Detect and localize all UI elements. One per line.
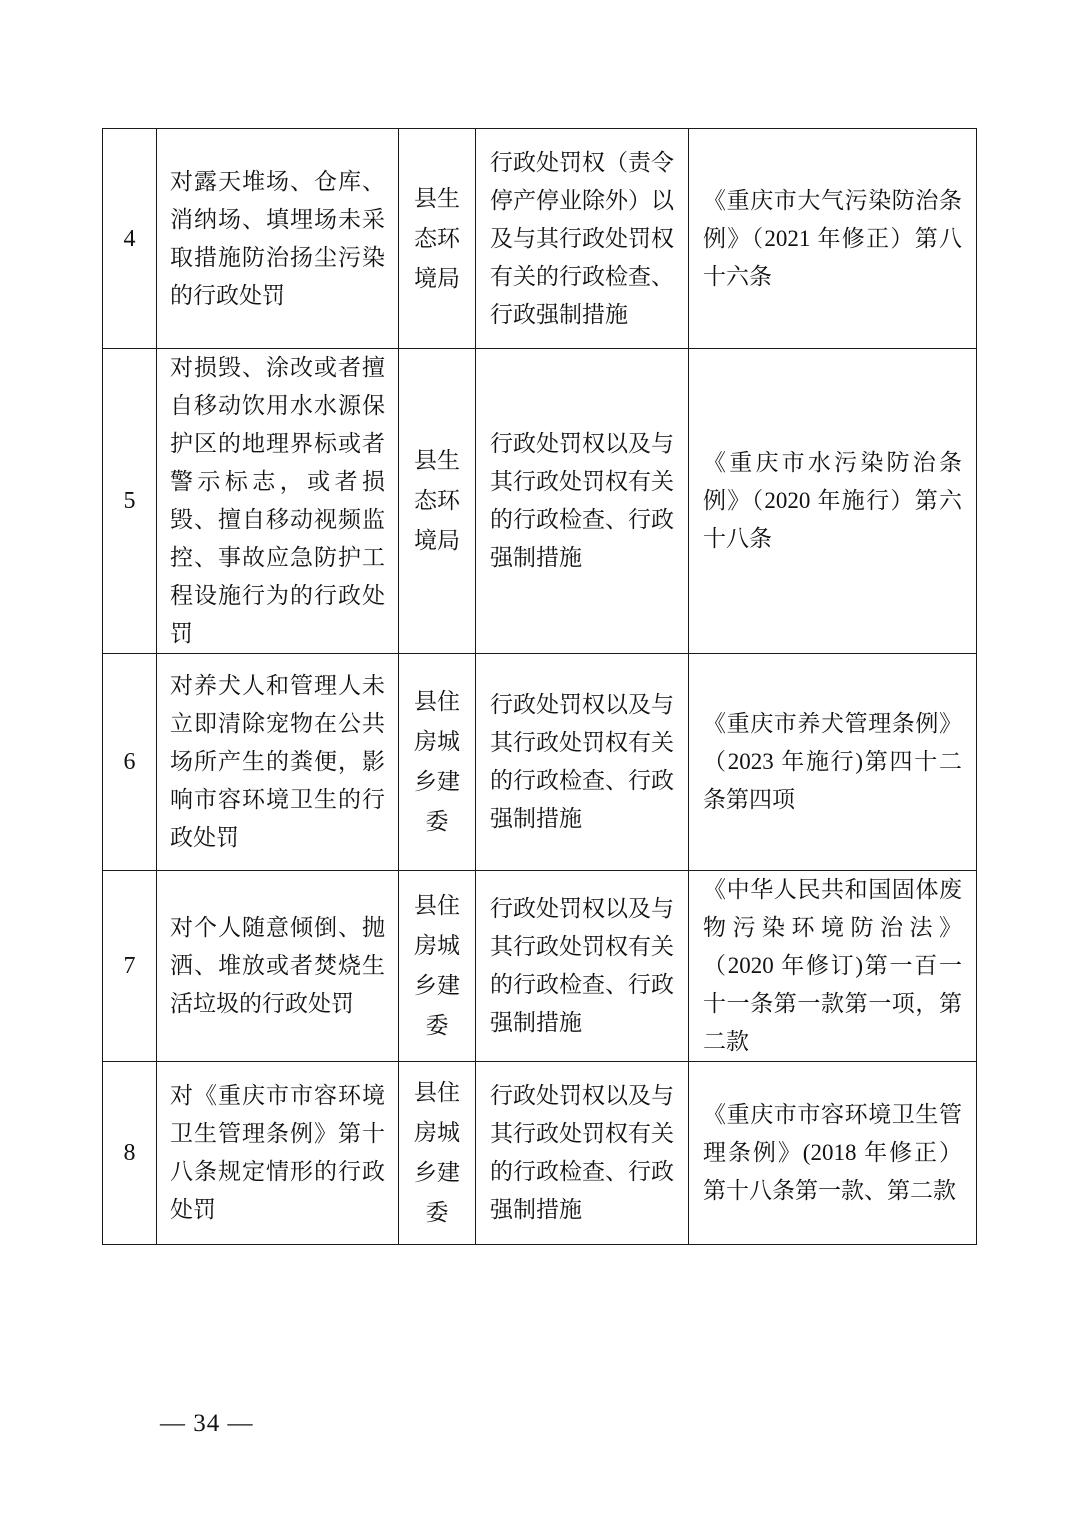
department-cell: 县生态环境局 — [399, 129, 476, 349]
penalty-matter-cell: 对损毁、涂改或者擅自移动饮用水水源保护区的地理界标或者警示标志，或者损毁、擅自移… — [157, 349, 399, 654]
table-row: 5 对损毁、涂改或者擅自移动饮用水水源保护区的地理界标或者警示标志，或者损毁、擅… — [103, 349, 977, 654]
row-number: 4 — [103, 129, 157, 349]
department-cell: 县住房城乡建委 — [399, 1062, 476, 1245]
legal-basis-text: 《中华人民共和国固体废物污染环境防治法》（2020 年修订)第一百一十一条第一款… — [703, 871, 962, 1061]
penalty-matter-cell: 对个人随意倾倒、抛洒、堆放或者焚烧生活垃圾的行政处罚 — [157, 871, 399, 1062]
legal-basis-text: 《重庆市大气污染防治条例》（2021 年修正）第八十六条 — [703, 182, 962, 296]
table-row: 8 对《重庆市市容环境卫生管理条例》第十八条规定情形的行政处罚 县住房城乡建委 … — [103, 1062, 977, 1245]
legal-basis-cell: 《重庆市水污染防治条例》（2020 年施行）第六十八条 — [689, 349, 977, 654]
penalty-delegation-table: 4 对露天堆场、仓库、消纳场、填埋场未采取措施防治扬尘污染的行政处罚 县生态环境… — [102, 128, 977, 1245]
department-text: 县住房城乡建委 — [414, 682, 460, 842]
row-number: 5 — [103, 349, 157, 654]
penalty-powers-cell: 行政处罚权以及与其行政处罚权有关的行政检查、行政强制措施 — [476, 654, 689, 871]
legal-basis-cell: 《重庆市大气污染防治条例》（2021 年修正）第八十六条 — [689, 129, 977, 349]
penalty-matter-text: 对损毁、涂改或者擅自移动饮用水水源保护区的地理界标或者警示标志，或者损毁、擅自移… — [170, 349, 385, 653]
penalty-matter-text: 对露天堆场、仓库、消纳场、填埋场未采取措施防治扬尘污染的行政处罚 — [170, 163, 385, 315]
department-text: 县生态环境局 — [414, 441, 460, 561]
department-text: 县住房城乡建委 — [414, 886, 460, 1046]
penalty-powers-cell: 行政处罚权以及与其行政处罚权有关的行政检查、行政强制措施 — [476, 871, 689, 1062]
penalty-matter-cell: 对《重庆市市容环境卫生管理条例》第十八条规定情形的行政处罚 — [157, 1062, 399, 1245]
table-row: 6 对养犬人和管理人未立即清除宠物在公共场所产生的粪便，影响市容环境卫生的行政处… — [103, 654, 977, 871]
legal-basis-cell: 《重庆市市容环境卫生管理条例》(2018 年修正）第十八条第一款、第二款 — [689, 1062, 977, 1245]
row-number: 8 — [103, 1062, 157, 1245]
penalty-matter-text: 对养犬人和管理人未立即清除宠物在公共场所产生的粪便，影响市容环境卫生的行政处罚 — [170, 667, 385, 857]
penalty-powers-cell: 行政处罚权以及与其行政处罚权有关的行政检查、行政强制措施 — [476, 1062, 689, 1245]
legal-basis-text: 《重庆市水污染防治条例》（2020 年施行）第六十八条 — [703, 444, 962, 558]
penalty-powers-text: 行政处罚权以及与其行政处罚权有关的行政检查、行政强制措施 — [490, 1077, 674, 1229]
legal-basis-cell: 《中华人民共和国固体废物污染环境防治法》（2020 年修订)第一百一十一条第一款… — [689, 871, 977, 1062]
penalty-powers-text: 行政处罚权以及与其行政处罚权有关的行政检查、行政强制措施 — [490, 890, 674, 1042]
page-number: — 34 — — [160, 1410, 254, 1438]
department-cell: 县住房城乡建委 — [399, 654, 476, 871]
legal-basis-text: 《重庆市市容环境卫生管理条例》(2018 年修正）第十八条第一款、第二款 — [703, 1096, 962, 1210]
department-cell: 县住房城乡建委 — [399, 871, 476, 1062]
row-number: 6 — [103, 654, 157, 871]
penalty-matter-text: 对个人随意倾倒、抛洒、堆放或者焚烧生活垃圾的行政处罚 — [170, 909, 385, 1023]
penalty-powers-text: 行政处罚权（责令停产停业除外）以及与其行政处罚权有关的行政检查、行政强制措施 — [490, 144, 674, 334]
penalty-matter-text: 对《重庆市市容环境卫生管理条例》第十八条规定情形的行政处罚 — [170, 1077, 385, 1229]
penalty-matter-cell: 对露天堆场、仓库、消纳场、填埋场未采取措施防治扬尘污染的行政处罚 — [157, 129, 399, 349]
penalty-powers-text: 行政处罚权以及与其行政处罚权有关的行政检查、行政强制措施 — [490, 686, 674, 838]
department-cell: 县生态环境局 — [399, 349, 476, 654]
penalty-matter-cell: 对养犬人和管理人未立即清除宠物在公共场所产生的粪便，影响市容环境卫生的行政处罚 — [157, 654, 399, 871]
table-row: 4 对露天堆场、仓库、消纳场、填埋场未采取措施防治扬尘污染的行政处罚 县生态环境… — [103, 129, 977, 349]
penalty-powers-text: 行政处罚权以及与其行政处罚权有关的行政检查、行政强制措施 — [490, 425, 674, 577]
legal-basis-cell: 《重庆市养犬管理条例》（2023 年施行)第四十二条第四项 — [689, 654, 977, 871]
document-page: { "page": { "number_label": "— 34 —" }, … — [0, 0, 1074, 1520]
legal-basis-text: 《重庆市养犬管理条例》（2023 年施行)第四十二条第四项 — [703, 705, 962, 819]
table-row: 7 对个人随意倾倒、抛洒、堆放或者焚烧生活垃圾的行政处罚 县住房城乡建委 行政处… — [103, 871, 977, 1062]
department-text: 县住房城乡建委 — [414, 1073, 460, 1233]
department-text: 县生态环境局 — [414, 179, 460, 299]
penalty-powers-cell: 行政处罚权以及与其行政处罚权有关的行政检查、行政强制措施 — [476, 349, 689, 654]
row-number: 7 — [103, 871, 157, 1062]
penalty-powers-cell: 行政处罚权（责令停产停业除外）以及与其行政处罚权有关的行政检查、行政强制措施 — [476, 129, 689, 349]
